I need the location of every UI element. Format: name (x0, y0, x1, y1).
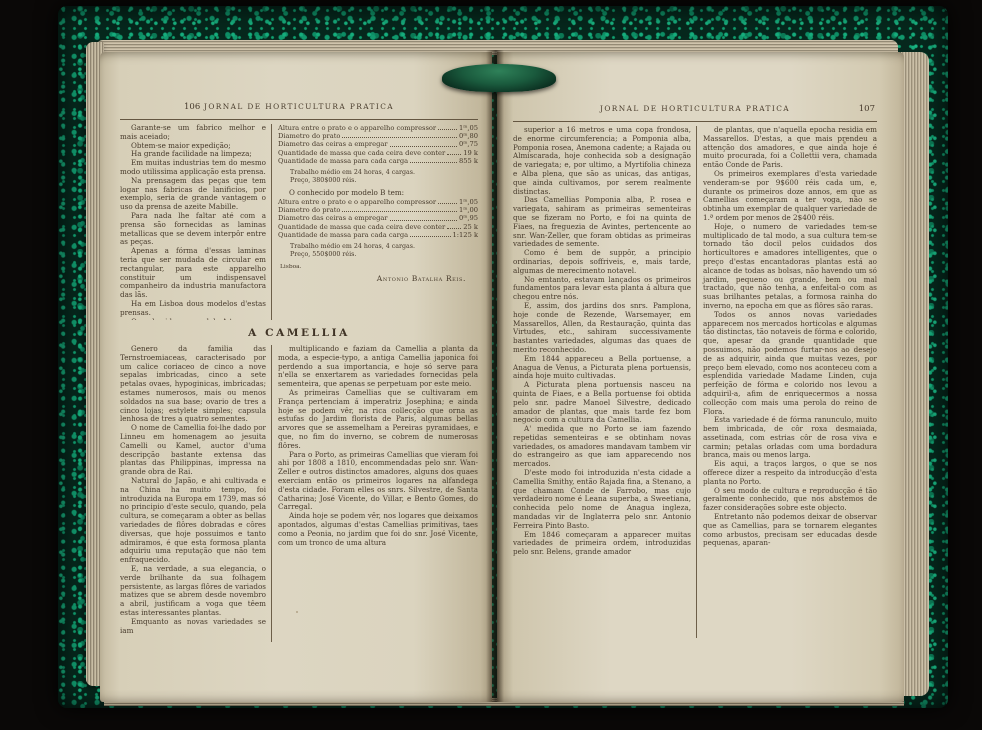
dot-leader (438, 129, 457, 130)
spec-value: 0ᵐ,75 (459, 140, 478, 148)
green-headband (442, 64, 556, 92)
paragraph: Para o Porto, as primeiras Camellias que… (278, 451, 478, 513)
spec-label: Diametro do prato (278, 132, 340, 140)
paragraph: Ha em Lisboa dous modelos d'estas prensa… (120, 300, 266, 318)
paragraph: Garante-se um fabrico melhor e mais acei… (120, 124, 266, 142)
right-page: JORNAL DE HORTICULTURA PRATICA 107 super… (497, 52, 904, 702)
paragraph: As primeiras Camellias que se cultivaram… (278, 389, 478, 451)
spec-value: 19 k (463, 149, 478, 157)
spec-label: Altura entre o prato e o apparelho compr… (278, 124, 436, 132)
dot-leader (390, 220, 457, 221)
page-107-section: superior a 16 metros e uma copa frondosa… (513, 126, 877, 638)
page-107-header: JORNAL DE HORTICULTURA PRATICA 107 (513, 104, 877, 119)
camellia-column-2: multiplicando e faziam da Camellia a pla… (271, 345, 478, 642)
paragraph: multiplicando e faziam da Camellia a pla… (278, 345, 478, 389)
note-line: Preço, 550$000 réis. (278, 251, 478, 259)
spec-row: Altura entre o prato e o apparelho compr… (278, 198, 478, 206)
paragraph: E, na verdade, a sua elegancia, o verde … (120, 565, 266, 618)
dot-leader (410, 162, 457, 163)
dot-leader (447, 154, 461, 155)
paragraph: E, assim, dos jardins dos snrs. Pamplona… (513, 302, 691, 355)
left-page: 106 JORNAL DE HORTICULTURA PRATICA Garan… (100, 52, 492, 702)
journal-title-left: JORNAL DE HORTICULTURA PRATICA (120, 102, 478, 111)
spec-label: Quantidade de massa para cada carga (278, 231, 408, 239)
paragraph: Para nada lhe faltar até com a prensa sã… (120, 212, 266, 247)
paragraph: Emquanto as novas variedades se iam (120, 618, 266, 636)
paragraph: Ainda hoje se podem vêr, nos logares que… (278, 512, 478, 547)
paragraph: O nome de Camellia foi-lhe dado por Linn… (120, 424, 266, 477)
dot-leader (390, 146, 457, 147)
foxing-spot (296, 611, 298, 613)
header-rule (513, 121, 877, 122)
spec-label: Quantidade de massa que cada ceira deve … (278, 223, 445, 231)
spec-label: Quantidade de massa que cada ceira deve … (278, 149, 445, 157)
spec-row: Altura entre o prato e o apparelho compr… (278, 124, 478, 132)
paragraph: Genero da familia das Ternstroemiaceas, … (120, 345, 266, 424)
press-specs-column: Altura entre o prato e o apparelho compr… (271, 124, 478, 320)
journal-title-right: JORNAL DE HORTICULTURA PRATICA (513, 104, 877, 113)
spec-row: Quantidade de massa para cada carga 855 … (278, 157, 478, 165)
paragraph: Das Camellias Pomponia alba, P. rosea e … (513, 196, 691, 249)
spec-label: Diametro das ceiras a empregar (278, 140, 388, 148)
page-number-107: 107 (859, 104, 875, 114)
spec-row: Quantidade de massa para cada carga 1:12… (278, 231, 478, 239)
book-gutter-shadow (486, 50, 504, 702)
spec-value: 1ᵐ,00 (459, 206, 478, 214)
spec-value: 1ᵐ,05 (459, 198, 478, 206)
spec-row: Diametro do prato 1ᵐ,00 (278, 206, 478, 214)
paragraph: Todos os annos novas variedades apparece… (703, 311, 877, 417)
paragraph: superior a 16 metros e uma copa frondosa… (513, 126, 691, 196)
spec-row: Quantidade de massa que cada ceira deve … (278, 223, 478, 231)
paragraph: O seu modo de cultura e reproducção é tã… (703, 487, 877, 513)
paragraph: Os primeiros exemplares d'esta variedade… (703, 170, 877, 223)
paragraph: Na prensagem das peças que tem logar nas… (120, 177, 266, 212)
page-106-camellia-section: Genero da familia das Ternstroemiaceas, … (120, 345, 478, 642)
spec-value: 1:125 k (453, 231, 478, 239)
section-heading-camellia: A CAMELLIA (120, 327, 478, 339)
work-price-note-b: Trabalho médio em 24 horas, 4 cargas. Pr… (278, 243, 478, 258)
page-106-top-section: Garante-se um fabrico melhor e mais acei… (120, 124, 478, 320)
paragraph: Entretanto não podemos deixar de observa… (703, 513, 877, 548)
header-rule (120, 119, 478, 120)
spine-gap (428, 6, 572, 72)
paragraph: Como é bem de suppôr, a principio ordina… (513, 249, 691, 275)
camellia-column-1: Genero da familia das Ternstroemiaceas, … (120, 345, 266, 642)
book-photo: { "colors":{ "background":"#0a0807", "co… (0, 0, 982, 730)
spec-label: Quantidade de massa para cada carga (278, 157, 408, 165)
page-107-column-2: de plantas, que n'aquella epocha residia… (696, 126, 877, 638)
paragraph: Em 1846 começaram a apparecer muitas var… (513, 531, 691, 557)
paragraph: A' medida que no Porto se iam fazendo re… (513, 425, 691, 469)
spec-row: Diametro das ceiras a empregar 0ᵐ,95 (278, 214, 478, 222)
place-line: Lisboa. (278, 263, 478, 272)
paragraph: de plantas, que n'aquella epocha residia… (703, 126, 877, 170)
page-107-column-1: superior a 16 metros e uma copa frondosa… (513, 126, 691, 638)
paragraph: Esta variedade é de fórma ranunculo, mui… (703, 416, 877, 460)
foxing-spot (843, 141, 846, 144)
note-line: Preço, 380$000 réis. (278, 177, 478, 185)
author-signature: Antonio Batalha Reis. (278, 275, 478, 284)
paragraph: O conhecido por modelo A tem: (120, 318, 266, 320)
model-b-intro: O conhecido por modelo B tem: (278, 189, 478, 198)
note-line: Trabalho médio em 24 horas, 4 cargas. (278, 243, 478, 251)
paragraph: D'este modo foi introduzida n'esta cidad… (513, 469, 691, 531)
spec-row: Diametro das ceiras a empregar 0ᵐ,75 (278, 140, 478, 148)
dot-leader (438, 203, 457, 204)
paragraph: Em muitas industrias tem do mesmo modo u… (120, 159, 266, 177)
spec-value: 855 k (459, 157, 478, 165)
paragraph: Natural do Japão, e ahi cultivada e na C… (120, 477, 266, 565)
spec-value: 25 k (463, 223, 478, 231)
press-article-column: Garante-se um fabrico melhor e mais acei… (120, 124, 266, 320)
paragraph: Hoje, o numero de variedades tem-se mult… (703, 223, 877, 311)
paragraph: Em 1844 appareceu a Bella portuense, a A… (513, 355, 691, 381)
paragraph: Eis aqui, a traços largos, o que se nos … (703, 460, 877, 486)
page-106-header: 106 JORNAL DE HORTICULTURA PRATICA (120, 102, 478, 117)
paragraph: Apenas a fórma d'essas laminas teria que… (120, 247, 266, 300)
spec-value: 0ᵐ,80 (459, 132, 478, 140)
spec-label: Diametro do prato (278, 206, 340, 214)
spec-row: Diametro do prato 0ᵐ,80 (278, 132, 478, 140)
spec-value: 0ᵐ,95 (459, 214, 478, 222)
dot-leader (342, 211, 457, 212)
spec-label: Altura entre o prato e o apparelho compr… (278, 198, 436, 206)
spec-label: Diametro das ceiras a empregar (278, 214, 388, 222)
paragraph: A Picturata plena portuensis nasceu na q… (513, 381, 691, 425)
paragraph: No emtanto, estavam lançados os primeiro… (513, 276, 691, 302)
dot-leader (447, 228, 461, 229)
dot-leader (410, 236, 450, 237)
note-line: Trabalho médio em 24 horas, 4 cargas. (278, 169, 478, 177)
page-stack-edge-right (901, 52, 929, 696)
work-price-note-a: Trabalho médio em 24 horas, 4 cargas. Pr… (278, 169, 478, 184)
spec-row: Quantidade de massa que cada ceira deve … (278, 149, 478, 157)
dot-leader (342, 137, 457, 138)
spec-value: 1ᵐ,05 (459, 124, 478, 132)
